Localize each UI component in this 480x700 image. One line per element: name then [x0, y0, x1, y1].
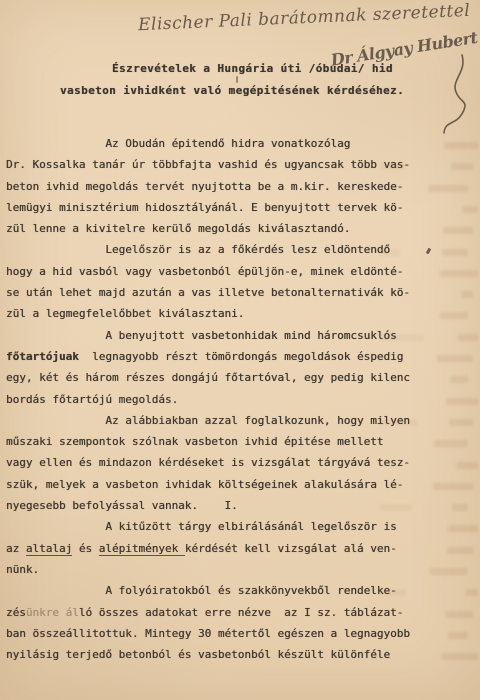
- scanned-document-page: Elischer Pali barátomnak szeretettel Dr …: [0, 0, 480, 700]
- typed-line: főtartójuak legnagyobb részt tömördongás…: [6, 346, 476, 367]
- bleed-through-mark: [446, 398, 478, 405]
- typed-text-segment: és: [72, 542, 99, 555]
- typed-text-segment: kérdését kell vizsgálat alá ven-: [185, 542, 397, 555]
- doc-title-line1: Észrevételek a Hungária úti /óbudai/ hid: [112, 62, 393, 75]
- bleed-through-mark: [434, 440, 468, 447]
- bleed-through-mark: [448, 632, 468, 639]
- typed-text-segment: ló összes adatokat erre nézve az I sz. t…: [79, 606, 404, 619]
- typed-text-segment: nyegesebb befolyással vannak. I.: [6, 499, 238, 512]
- bleed-through-mark: [447, 547, 473, 554]
- typed-text-segment: ban összeállitottuk. Mintegy 30 métertől…: [6, 627, 410, 640]
- bleed-through-mark: [433, 483, 473, 490]
- typed-line: nünk.: [6, 559, 476, 580]
- typed-line: A kitűzött tárgy elbirálásánál legelőszö…: [6, 516, 476, 537]
- bleed-through-mark: [442, 653, 478, 660]
- typed-text-segment: Az alábbiakban azzal foglalkozunk, hogy …: [6, 414, 410, 427]
- bleed-through-mark: [445, 611, 473, 618]
- bleed-through-mark: [380, 589, 406, 596]
- bleed-through-mark: [450, 376, 468, 383]
- bleed-through-mark: [430, 568, 468, 575]
- bleed-through-mark: [380, 249, 400, 256]
- typed-text-segment: alépitmények: [99, 542, 185, 556]
- bleed-through-mark: [440, 312, 468, 319]
- typed-text-segment: aló megépitésének kérdéséhez.: [200, 84, 404, 97]
- typed-line: zül lenne a kivitelre kerülő megoldás ki…: [6, 218, 476, 239]
- typed-line: egy, két és három részes dongájú főtartó…: [6, 367, 476, 388]
- typed-line: beton ivhid megoldás tervét nyujtotta be…: [6, 176, 476, 197]
- typed-line: zésünkre álló összes adatokat erre nézve…: [6, 602, 476, 623]
- typed-text-segment: az: [6, 542, 26, 555]
- typed-text-segment: lemügyi minisztérium hidosztályánál. E b…: [6, 201, 403, 214]
- bleed-through-mark: [380, 334, 424, 341]
- typed-line: hogy a hid vasból vagy vasbetonból épülj…: [6, 261, 476, 282]
- bleed-through-mark: [442, 249, 468, 256]
- bleed-through-mark: [380, 163, 406, 170]
- typed-text-segment: bordás főtartójú megoldás.: [6, 393, 178, 406]
- typed-text-segment: nyilásig terjedő betonból és vasbetonból…: [6, 648, 390, 661]
- typed-line: nyilásig terjedő betonból és vasbetonból…: [6, 644, 476, 665]
- typed-text-segment: Legelőször is az a főkérdés lesz eldönte…: [6, 243, 390, 256]
- bleed-through-mark: [380, 419, 418, 426]
- bleed-through-mark: [437, 355, 473, 362]
- typed-line: se után lehet majd azután a vas illetve …: [6, 282, 476, 303]
- typed-text-segment: szük, melyek a vasbeton ivhidak költsége…: [6, 478, 403, 491]
- typed-text-segment: zül a legmegfelelőbbet kiválasztani.: [6, 307, 244, 320]
- typed-line: ban összeállitottuk. Mintegy 30 métertől…: [6, 623, 476, 644]
- typed-line: bordás főtartójú megoldás.: [6, 389, 476, 410]
- typed-line: Az Obudán épitendő hidra vonatkozólag: [6, 133, 476, 154]
- doc-title-line2: vasbeton ivhidként való megépitésének ké…: [60, 84, 404, 97]
- bleed-through-mark: [440, 270, 478, 277]
- typed-text-segment: vasbeton: [60, 84, 123, 97]
- typed-line: az altalaj és alépitmények kérdését kell…: [6, 538, 476, 559]
- typed-text-segment: hogy a hid vasból vagy vasbetonból épülj…: [6, 265, 403, 278]
- bleed-through-mark: [380, 504, 412, 511]
- bleed-through-mark: [458, 334, 478, 341]
- typed-text-segment: főtartójuak: [6, 350, 79, 363]
- typed-text-segment: ünkre ál: [26, 606, 79, 619]
- typed-text-segment: legnagyobb részt tömördongás megoldások …: [79, 350, 404, 363]
- bleed-through-mark: [448, 525, 478, 532]
- typed-line: szük, melyek a vasbeton ivhidak költsége…: [6, 474, 476, 495]
- typed-text-segment: A benyujtott vasbetonhidak mind háromcsu…: [6, 329, 397, 342]
- typed-text-segment: se után lehet majd azután a vas illetve …: [6, 286, 410, 299]
- typed-line: műszaki szempontok szólnak vasbeton ivhi…: [6, 431, 476, 452]
- typed-text-segment: A kitűzött tárgy elbirálásánál legelőszö…: [6, 520, 397, 533]
- bleed-through-mark: [451, 163, 473, 170]
- typed-text-segment: műszaki szempontok szólnak vasbeton ivhi…: [6, 435, 384, 448]
- handwritten-dedication: Elischer Pali barátomnak szeretettel: [138, 1, 471, 35]
- typed-text-segment: zés: [6, 606, 26, 619]
- bleed-through-mark: [449, 419, 473, 426]
- bleed-through-mark: [428, 185, 468, 192]
- typed-text-segment: egy, két és három részes dongájú főtartó…: [6, 371, 410, 384]
- typed-text-segment: beton ivhid megoldás tervét nyujtotta be…: [6, 180, 403, 193]
- typed-text-segment: A folyóiratokból és szakkönyvekből rende…: [6, 584, 397, 597]
- bleed-through-mark: [443, 227, 473, 234]
- signature-flourish-stroke: [425, 40, 480, 145]
- typed-text-segment: altalaj: [26, 542, 72, 556]
- typed-text-segment: ivhidként v: [123, 84, 200, 97]
- typed-line: zül a legmegfelelőbbet kiválasztani.: [6, 303, 476, 324]
- ink-speck: [236, 76, 238, 83]
- typed-text-segment: Az Obudán épitendő hidra vonatkozólag: [6, 137, 350, 150]
- bleed-through-mark: [444, 142, 478, 149]
- bleed-through-mark: [462, 206, 478, 213]
- bleed-through-mark: [456, 462, 478, 469]
- typed-body: Az Obudán épitendő hidra vonatkozólagDr.…: [6, 133, 476, 665]
- typed-line: vagy ellen és mindazon kérdéseket is viz…: [6, 452, 476, 473]
- typed-text-segment: vagy ellen és mindazon kérdéseket is viz…: [6, 456, 410, 469]
- typed-text-segment: Dr. Kossalka tanár úr többfajta vashid é…: [6, 158, 410, 171]
- bleed-through-mark: [466, 589, 478, 596]
- bleed-through-mark: [452, 504, 468, 511]
- typed-line: lemügyi minisztérium hidosztályánál. E b…: [6, 197, 476, 218]
- typed-text-segment: zül lenne a kivitelre kerülő megoldás ki…: [6, 222, 350, 235]
- typed-line: Legelőször is az a főkérdés lesz eldönte…: [6, 239, 476, 260]
- bleed-through-mark: [461, 291, 473, 298]
- typed-text-segment: nünk.: [6, 563, 39, 576]
